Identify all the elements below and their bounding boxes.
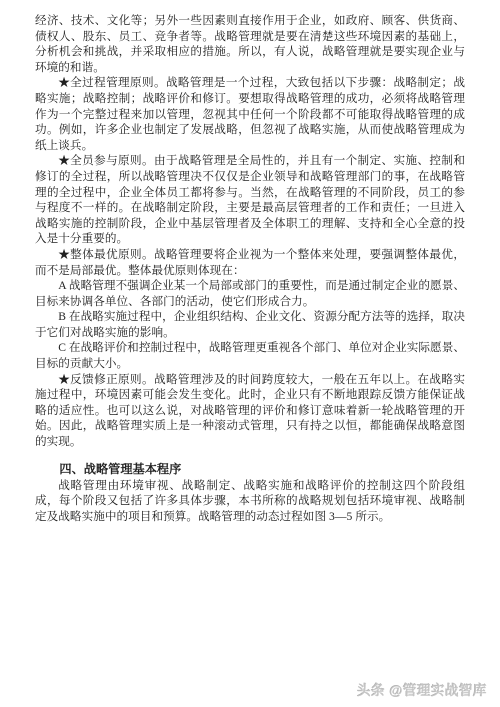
paragraph-principle-whole-process: ★全过程管理原则。战略管理是一个过程，大致包括以下步骤：战略制定；战略实施；战略… (35, 75, 465, 153)
paragraph-basic-procedure: 战略管理由环境审视、战略制定、战略实施和战略评价的控制这四个阶段组成，每个阶段又… (35, 478, 465, 525)
toutiao-watermark: 头条 @管理实战智库 (357, 679, 487, 699)
section-heading-basic-procedure: 四、战略管理基本程序 (35, 461, 465, 477)
paragraph-principle-feedback-revision: ★反馈修正原则。战略管理涉及的时间跨度较大，一般在五年以上。在战略实施过程中，环… (35, 372, 465, 450)
paragraph-item-c: C 在战略评价和控制过程中，战略管理更重视各个部门、单位对企业实际愿景、目标的贡… (35, 340, 465, 371)
paragraph-principle-full-participation: ★全员参与原则。由于战略管理是全局性的，并且有一个制定、实施、控制和修订的全过程… (35, 153, 465, 247)
paragraph-principle-overall-optimum: ★整体最优原则。战略管理要将企业视为一个整体来处理，要强调整体最优，而不是局部最… (35, 247, 465, 278)
paragraph-item-b: B 在战略实施过程中，企业组织结构、企业文化、资源分配方法等的选择，取决于它们对… (35, 309, 465, 340)
text-content: 经济、技术、文化等；另外一些因素则直接作用于企业，如政府、顾客、供货商、债权人、… (35, 13, 465, 524)
document-page: 经济、技术、文化等；另外一些因素则直接作用于企业，如政府、顾客、供货商、债权人、… (0, 0, 500, 707)
paragraph-item-a: A 战略管理不强调企业某一个局部或部门的重要性，而是通过制定企业的愿景、目标来协… (35, 278, 465, 309)
paragraph-environment-intro: 经济、技术、文化等；另外一些因素则直接作用于企业，如政府、顾客、供货商、债权人、… (35, 13, 465, 75)
